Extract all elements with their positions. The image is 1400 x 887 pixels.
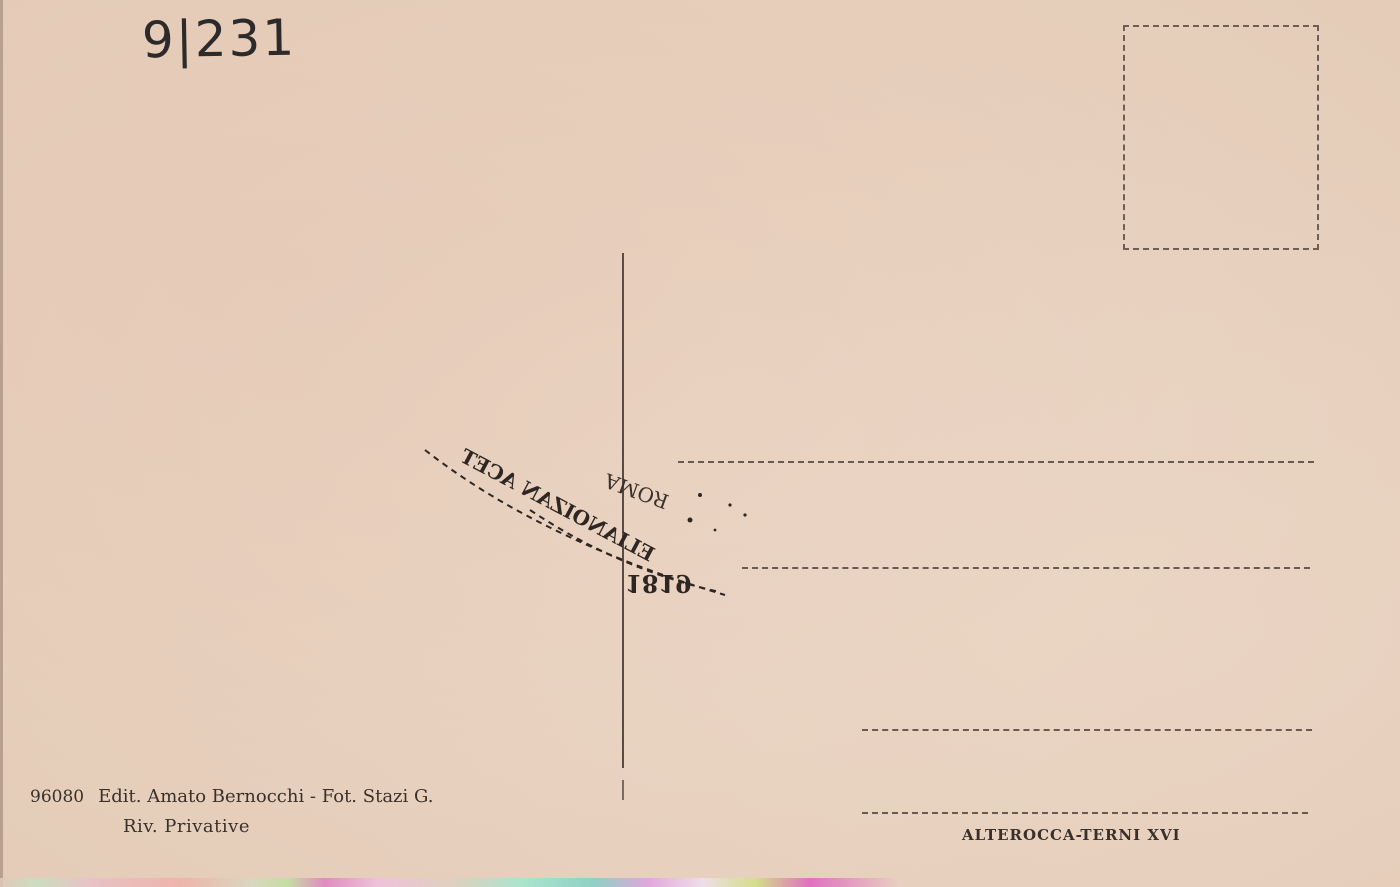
printer-credit: ALTEROCCA-TERNI XVI xyxy=(962,826,1181,844)
postmark-icon: ELIANOIZAN ACET 1819 ROMA xyxy=(400,400,770,620)
stamp-placeholder-box xyxy=(1123,25,1319,250)
svg-text:ELIANOIZAN ACET: ELIANOIZAN ACET xyxy=(456,444,658,567)
center-divider-tail xyxy=(622,780,624,800)
rights-notice: Riv. Privative xyxy=(123,816,250,837)
address-line-3 xyxy=(862,729,1312,731)
scan-artifact-strip xyxy=(0,878,900,887)
svg-text:ROMA: ROMA xyxy=(601,468,672,513)
publisher-text: Edit. Amato Bernocchi - Fot. Stazi G. xyxy=(98,786,433,807)
address-line-2 xyxy=(742,567,1310,569)
svg-text:1819: 1819 xyxy=(625,569,692,598)
publisher-credit: 96080Edit. Amato Bernocchi - Fot. Stazi … xyxy=(30,786,433,807)
library-postmark-stamp: ELIANOIZAN ACET 1819 ROMA xyxy=(400,400,770,620)
postcard-back: 9|231 ELIANOIZAN ACET 1819 ROMA xyxy=(0,0,1400,887)
address-line-1 xyxy=(678,461,1314,463)
card-edge xyxy=(0,0,3,887)
publisher-number: 96080 xyxy=(30,787,84,807)
address-line-4 xyxy=(862,812,1308,814)
handwritten-catalog-number: 9|231 xyxy=(142,13,297,66)
